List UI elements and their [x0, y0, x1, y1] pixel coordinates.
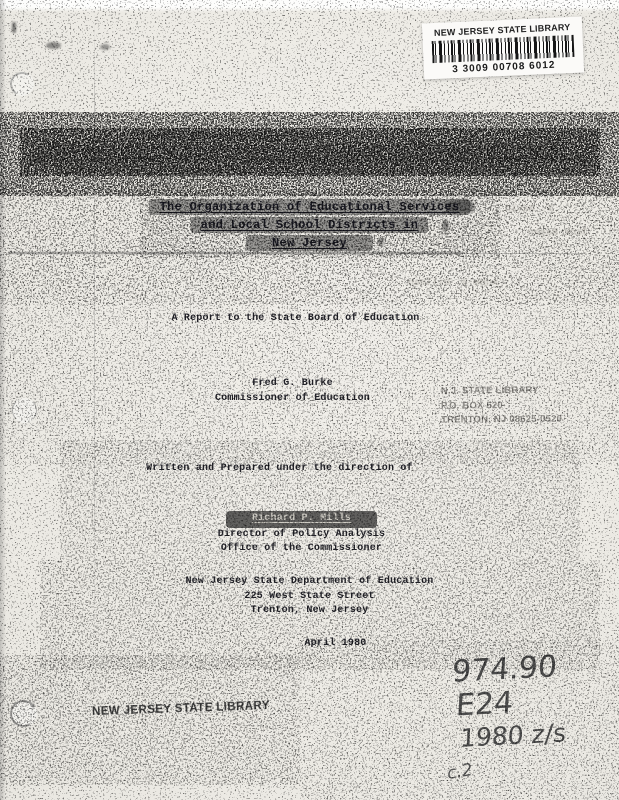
bleedthrough-text: Anne S. Dillman — [408, 278, 498, 289]
org-city: Trenton, New Jersey — [0, 604, 619, 619]
highlight-smudge: New Jersey — [246, 235, 373, 251]
copier-streak — [130, 133, 320, 139]
library-address-stamp: N.J. STATE LIBRARY P.O. BOX 520 TRENTON,… — [441, 383, 591, 428]
library-barcode-label: NEW JERSEY STATE LIBRARY 3 3009 00708 60… — [422, 17, 584, 80]
org-name: New Jersey State Department of Education — [0, 575, 619, 590]
ownership-stamp: NEW JERSEY STATE LIBRARY — [92, 700, 270, 718]
stamp-line: P.O. BOX 520 — [441, 398, 591, 414]
copier-streak — [35, 146, 565, 154]
hole-punch-top — [8, 70, 36, 98]
copier-streak — [30, 157, 590, 162]
report-title-line-3: New Jersey — [0, 235, 619, 251]
ink-smudge — [46, 42, 61, 49]
highlight-smudge: The Organization of Educational Services — [149, 199, 469, 215]
director-name-line: Richard P. Mills — [0, 511, 611, 528]
call-number-line-2: E24 — [455, 685, 514, 723]
ink-smudge — [12, 22, 16, 33]
highlight-smudge: Richard P. Mills — [226, 511, 377, 528]
publication-date: April 1980 — [26, 637, 619, 652]
direction-line: Written and Prepared under the direction… — [0, 462, 589, 477]
report-title-line-1: The Organization of Educational Services — [0, 199, 619, 215]
director-title-2: Office of the Commissioner — [0, 542, 611, 557]
scanned-title-page: Paul Ricci, President S. David Jack Baga… — [0, 0, 619, 800]
margin-mark — [5, 122, 14, 138]
call-number-line-3: 1980 z/s — [459, 718, 567, 753]
scan-edge-strip — [0, 0, 619, 12]
org-street: 225 West State Street — [0, 590, 619, 605]
director-title-1: Director of Policy Analysis — [0, 528, 611, 543]
report-title-line-2: and Local School Districts in — [0, 217, 619, 233]
call-number-line-1: 974.90 — [451, 649, 558, 690]
highlight-smudge: and Local School Districts in — [191, 217, 429, 233]
copier-streak — [400, 253, 585, 254]
director-block: Richard P. Mills Director of Policy Anal… — [0, 511, 611, 557]
copier-streak — [55, 167, 535, 173]
ink-smudge — [100, 44, 110, 50]
copy-annotation: c.2 — [446, 760, 474, 784]
stamp-line: N.J. STATE LIBRARY — [441, 383, 591, 399]
stamp-line: TRENTON, NJ 08625-0520 — [441, 412, 591, 428]
copier-streak — [8, 252, 463, 254]
report-subtitle: A Report to the State Board of Education — [0, 312, 605, 327]
bleedthrough-text: Paul Ricci, President — [140, 184, 266, 195]
hole-punch-bottom — [7, 697, 40, 730]
organization-block: New Jersey State Department of Education… — [0, 575, 619, 619]
margin-mark — [2, 180, 13, 197]
